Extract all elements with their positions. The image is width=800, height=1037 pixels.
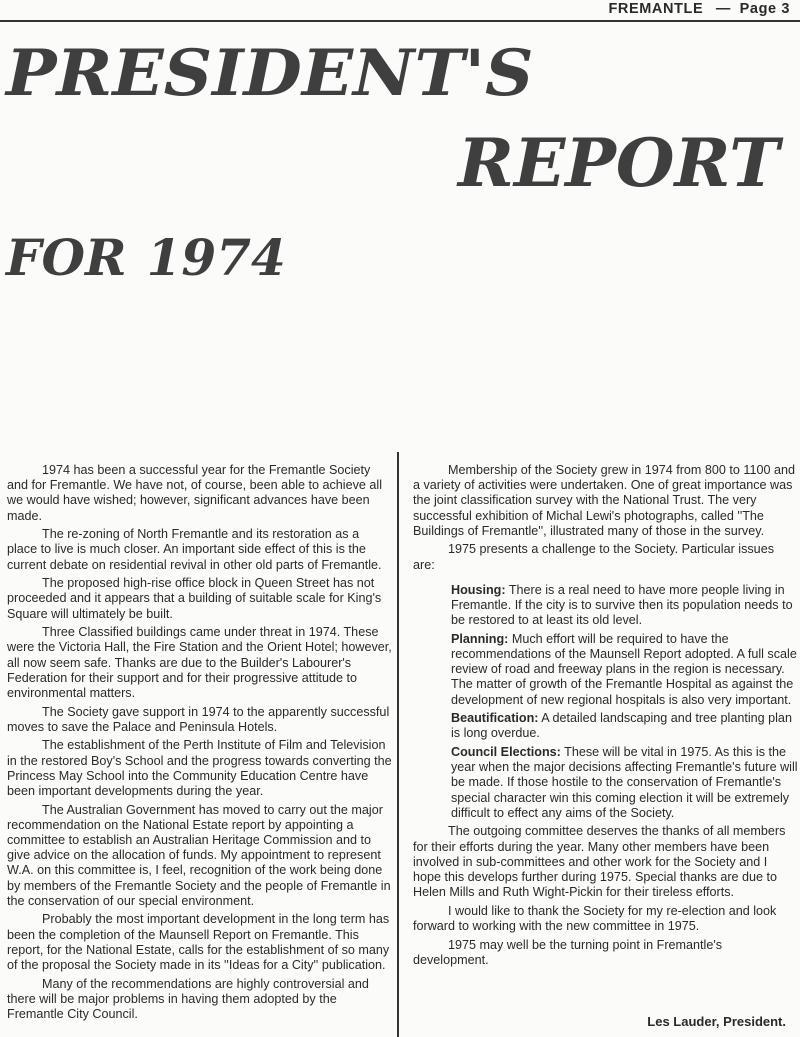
header-separator: — bbox=[716, 1, 731, 17]
paragraph: The outgoing committee deserves the than… bbox=[413, 824, 798, 900]
paragraph: The Australian Government has moved to c… bbox=[7, 803, 392, 909]
paragraph: The re-zoning of North Fremantle and its… bbox=[7, 527, 392, 573]
title-line-1: PRESIDENT'S bbox=[6, 42, 534, 106]
title-line-3: FOR1974 bbox=[6, 233, 286, 283]
paragraph: The Society gave support in 1974 to the … bbox=[7, 705, 392, 735]
paragraph: The proposed high-rise office block in Q… bbox=[7, 576, 392, 622]
paragraph: Membership of the Society grew in 1974 f… bbox=[413, 463, 798, 539]
issue-label: Planning: bbox=[451, 632, 508, 646]
paragraph: 1974 has been a successful year for the … bbox=[7, 463, 392, 524]
issue-label: Housing: bbox=[451, 583, 506, 597]
issue-planning: Planning: Much effort will be required t… bbox=[413, 632, 798, 678]
header-rule bbox=[0, 20, 800, 22]
issue-planning-note: The matter of growth of the Fremantle Ho… bbox=[413, 677, 798, 707]
paragraph: 1975 may well be the turning point in Fr… bbox=[413, 938, 798, 968]
issue-label: Beautification: bbox=[451, 711, 538, 725]
issue-housing: Housing: There is a real need to have mo… bbox=[413, 583, 798, 629]
signature: Les Lauder, President. bbox=[647, 1014, 786, 1029]
issue-council-elections: Council Elections: These will be vital i… bbox=[413, 745, 798, 821]
title-year: 1974 bbox=[147, 228, 286, 287]
publication-name: FREMANTLE bbox=[608, 1, 703, 17]
page-number: Page 3 bbox=[740, 1, 790, 17]
paragraph: Probably the most important development … bbox=[7, 912, 392, 973]
paragraph: The establishment of the Perth Institute… bbox=[7, 738, 392, 799]
page-header: FREMANTLE — Page 3 bbox=[0, 0, 800, 21]
paragraph: I would like to thank the Society for my… bbox=[413, 904, 798, 934]
paragraph: Three Classified buildings came under th… bbox=[7, 625, 392, 701]
title-line-2: REPORT bbox=[458, 130, 779, 196]
paragraph: Many of the recommendations are highly c… bbox=[7, 977, 392, 1023]
right-column: Membership of the Society grew in 1974 f… bbox=[413, 463, 798, 971]
title-for: FOR bbox=[6, 228, 127, 287]
paragraph: 1975 presents a challenge to the Society… bbox=[413, 542, 798, 557]
column-divider bbox=[397, 452, 399, 1037]
issues-lead-out: are: bbox=[413, 558, 798, 573]
running-header: FREMANTLE — Page 3 bbox=[608, 1, 790, 17]
left-column: 1974 has been a successful year for the … bbox=[7, 463, 392, 1026]
issue-label: Council Elections: bbox=[451, 745, 561, 759]
issue-beautification: Beautification: A detailed landscaping a… bbox=[413, 711, 798, 741]
